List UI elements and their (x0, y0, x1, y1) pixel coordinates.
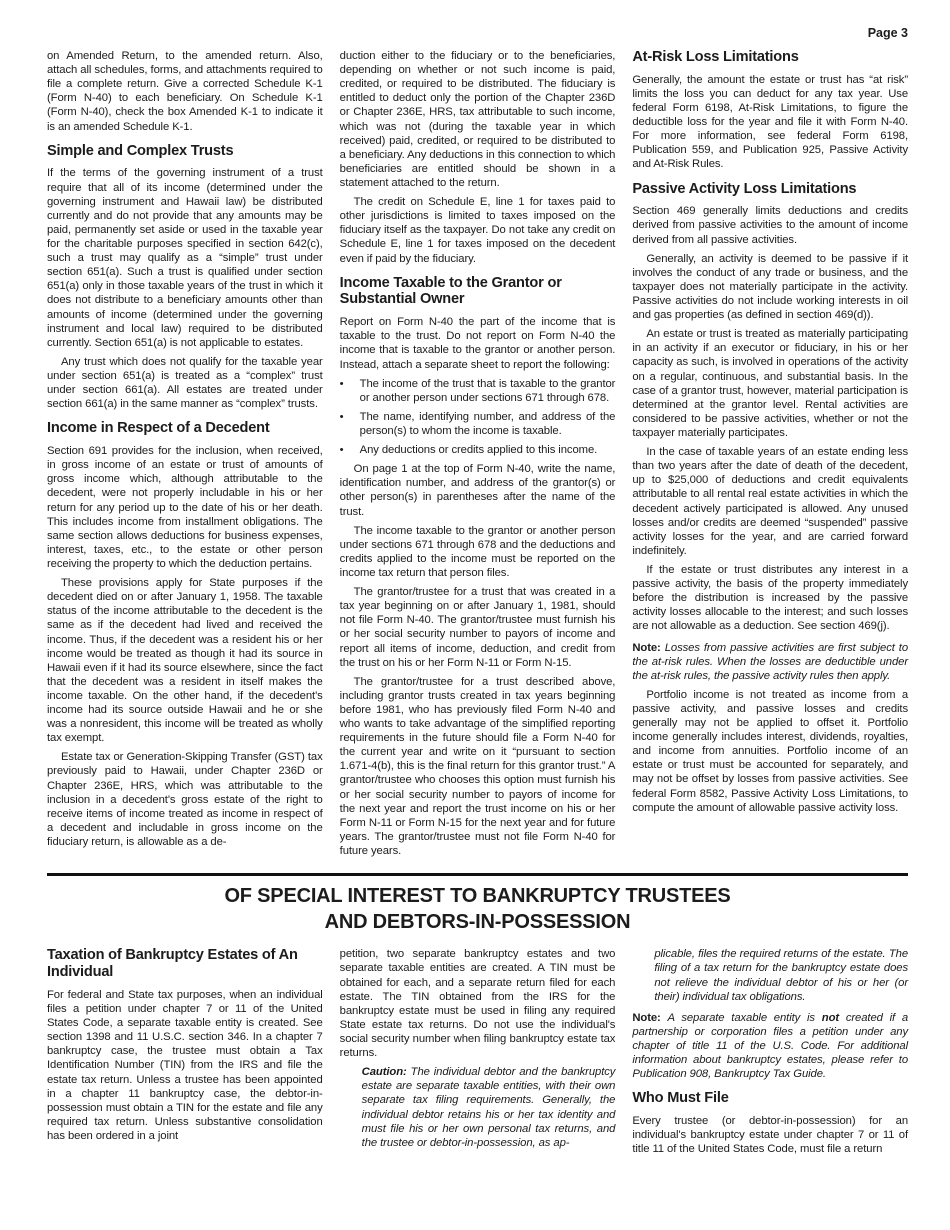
document-page: Page 3 on Amended Return, to the amended… (0, 0, 950, 1161)
body-paragraph: Section 469 generally limits deductions … (632, 204, 908, 246)
body-paragraph: Report on Form N-40 the part of the inco… (340, 315, 616, 371)
body-paragraph: Every trustee (or debtor-in-possession) … (632, 1114, 908, 1156)
section-heading: Passive Activity Loss Limitations (632, 181, 908, 198)
body-paragraph: Generally, an activity is deemed to be p… (632, 252, 908, 323)
bullet-text: The income of the trust that is taxable … (360, 377, 616, 405)
top-column-middle: duction either to the fiduciary or to th… (340, 49, 616, 863)
indented-italic-paragraph: Caution: The individual debtor and the b… (362, 1065, 616, 1150)
section-heading: Income Taxable to the Grantor or Substan… (340, 275, 616, 309)
section-heading: Who Must File (632, 1090, 908, 1107)
text-run: not (822, 1012, 839, 1024)
note-paragraph: Note: A separate taxable entity is not c… (632, 1011, 908, 1082)
bottom-column-middle: petition, two separate bankruptcy estate… (340, 947, 616, 1155)
banner-line-1: OF SPECIAL INTEREST TO BANKRUPTCY TRUSTE… (47, 884, 908, 910)
bullet-icon: • (340, 443, 360, 457)
bottom-column-left: Taxation of Bankruptcy Estates of An Ind… (47, 947, 323, 1148)
top-column-left: on Amended Return, to the amended return… (47, 49, 323, 854)
body-paragraph: An estate or trust is treated as materia… (632, 327, 908, 440)
section-heading: Taxation of Bankruptcy Estates of An Ind… (47, 947, 323, 981)
body-paragraph: duction either to the fiduciary or to th… (340, 49, 616, 190)
page-number: Page 3 (47, 26, 908, 40)
note-paragraph: Note: Losses from passive activities are… (632, 641, 908, 683)
top-columns: on Amended Return, to the amended return… (47, 49, 908, 863)
bottom-column-right: plicable, files the required returns of … (632, 947, 908, 1161)
body-paragraph: The income taxable to the grantor or ano… (340, 524, 616, 580)
text-run: Note: (632, 642, 664, 654)
banner-line-2: AND DEBTORS-IN-POSSESSION (47, 910, 908, 936)
bankruptcy-banner-heading: OF SPECIAL INTEREST TO BANKRUPTCY TRUSTE… (47, 884, 908, 935)
section-heading: Income in Respect of a Decedent (47, 420, 323, 437)
text-run: plicable, files the required returns of … (654, 948, 908, 1002)
section-heading: Simple and Complex Trusts (47, 143, 323, 160)
body-paragraph: On page 1 at the top of Form N-40, write… (340, 462, 616, 518)
body-paragraph: on Amended Return, to the amended return… (47, 49, 323, 134)
body-paragraph: Section 691 provides for the inclusion, … (47, 444, 323, 571)
body-paragraph: These provisions apply for State purpose… (47, 576, 323, 745)
body-paragraph: The credit on Schedule E, line 1 for tax… (340, 195, 616, 266)
body-paragraph: In the case of taxable years of an estat… (632, 445, 908, 558)
bullet-item: •The name, identifying number, and addre… (340, 410, 616, 438)
indented-italic-paragraph: plicable, files the required returns of … (654, 947, 908, 1003)
body-paragraph: Generally, the amount the estate or trus… (632, 73, 908, 172)
body-paragraph: If the estate or trust distributes any i… (632, 563, 908, 634)
bullet-item: •The income of the trust that is taxable… (340, 377, 616, 405)
body-paragraph: Estate tax or Generation-Skipping Transf… (47, 750, 323, 849)
bullet-icon: • (340, 410, 360, 438)
bottom-columns: Taxation of Bankruptcy Estates of An Ind… (47, 947, 908, 1161)
top-column-right: At-Risk Loss LimitationsGenerally, the a… (632, 49, 908, 820)
body-paragraph: The grantor/trustee for a trust that was… (340, 585, 616, 670)
bullet-text: The name, identifying number, and addres… (360, 410, 616, 438)
body-paragraph: The grantor/trustee for a trust describe… (340, 675, 616, 858)
section-heading: At-Risk Loss Limitations (632, 49, 908, 66)
text-run: The individual debtor and the bankruptcy… (362, 1066, 616, 1149)
body-paragraph: Portfolio income is not treated as incom… (632, 688, 908, 815)
body-paragraph: If the terms of the governing instrument… (47, 166, 323, 349)
text-run: Losses from passive activities are first… (632, 642, 908, 682)
body-paragraph: petition, two separate bankruptcy estate… (340, 947, 616, 1060)
section-divider-rule (47, 873, 908, 876)
text-run: A separate taxable entity is (668, 1012, 822, 1024)
bullet-text: Any deductions or credits applied to thi… (360, 443, 616, 457)
text-run: Caution: (362, 1066, 411, 1078)
bullet-icon: • (340, 377, 360, 405)
body-paragraph: For federal and State tax purposes, when… (47, 988, 323, 1143)
text-run: Note: (632, 1012, 667, 1024)
bullet-item: •Any deductions or credits applied to th… (340, 443, 616, 457)
body-paragraph: Any trust which does not qualify for the… (47, 355, 323, 411)
